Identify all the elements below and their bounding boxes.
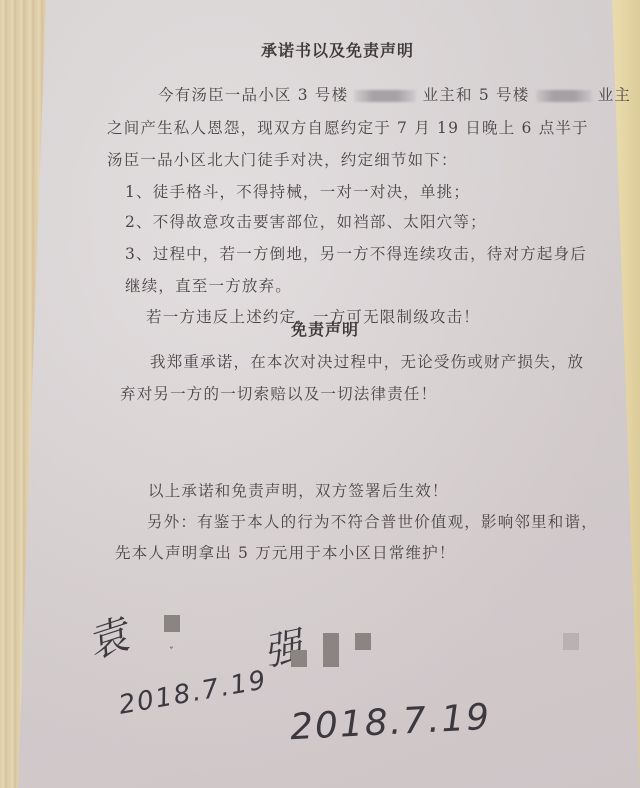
intro-line-1-part-3: 业主 <box>598 86 631 104</box>
intro-line-1-part-1: 今有汤臣一品小区 3 号楼 <box>158 86 348 104</box>
signature-mark: ˇ <box>168 648 173 658</box>
effective-clause: 以上承诺和免责声明，双方签署后生效！ <box>148 484 449 500</box>
signature-right-date: 2018.7.19 <box>289 700 492 746</box>
disclaimer-line-2: 弃对另一方的一切索赔以及一切法律责任！ <box>120 387 437 403</box>
document-title: 承诺书以及免责声明 <box>261 43 414 59</box>
photo-scene: 承诺书以及免责声明 今有汤臣一品小区 3 号楼 业主和 5 号楼 业主 之间产生… <box>0 0 640 788</box>
redacted-name-1 <box>354 90 416 102</box>
disclaimer-title: 免责声明 <box>291 322 359 338</box>
intro-line-1: 今有汤臣一品小区 3 号楼 业主和 5 号楼 业主 <box>158 88 631 104</box>
redaction-block-right-1 <box>291 650 307 667</box>
redaction-block-right-2 <box>323 633 339 667</box>
redaction-block-left <box>164 615 180 632</box>
redaction-block-right-3 <box>355 633 371 650</box>
intro-line-3: 汤臣一品小区北大门徒手对决，约定细节如下： <box>107 153 458 169</box>
rule-3: 3、过程中，若一方倒地，另一方不得连续攻击，待对方起身后 <box>125 247 587 263</box>
rule-2: 2、不得故意攻击要害部位，如裆部、太阳穴等； <box>125 215 487 231</box>
additional-clause-line-2: 先本人声明拿出 5 万元用于本小区日常维护！ <box>115 546 456 562</box>
disclaimer-line-1: 我郑重承诺，在本次对决过程中，无论受伤或财产损失，放 <box>150 355 584 371</box>
intro-line-2: 之间产生私人恩怨，现双方自愿约定于 7 月 19 日晚上 6 点半于 <box>107 121 589 137</box>
rule-3-continued: 继续，直至一方放弃。 <box>125 279 292 295</box>
rule-1: 1、徒手格斗，不得持械，一对一对决，单挑； <box>125 185 470 201</box>
redacted-name-2 <box>536 90 592 102</box>
intro-line-1-part-2: 业主和 5 号楼 <box>423 86 530 104</box>
redaction-block-faint <box>563 633 579 650</box>
additional-clause-line-1: 另外：有鉴于本人的行为不符合普世价值观，影响邻里和谐， <box>147 515 598 531</box>
